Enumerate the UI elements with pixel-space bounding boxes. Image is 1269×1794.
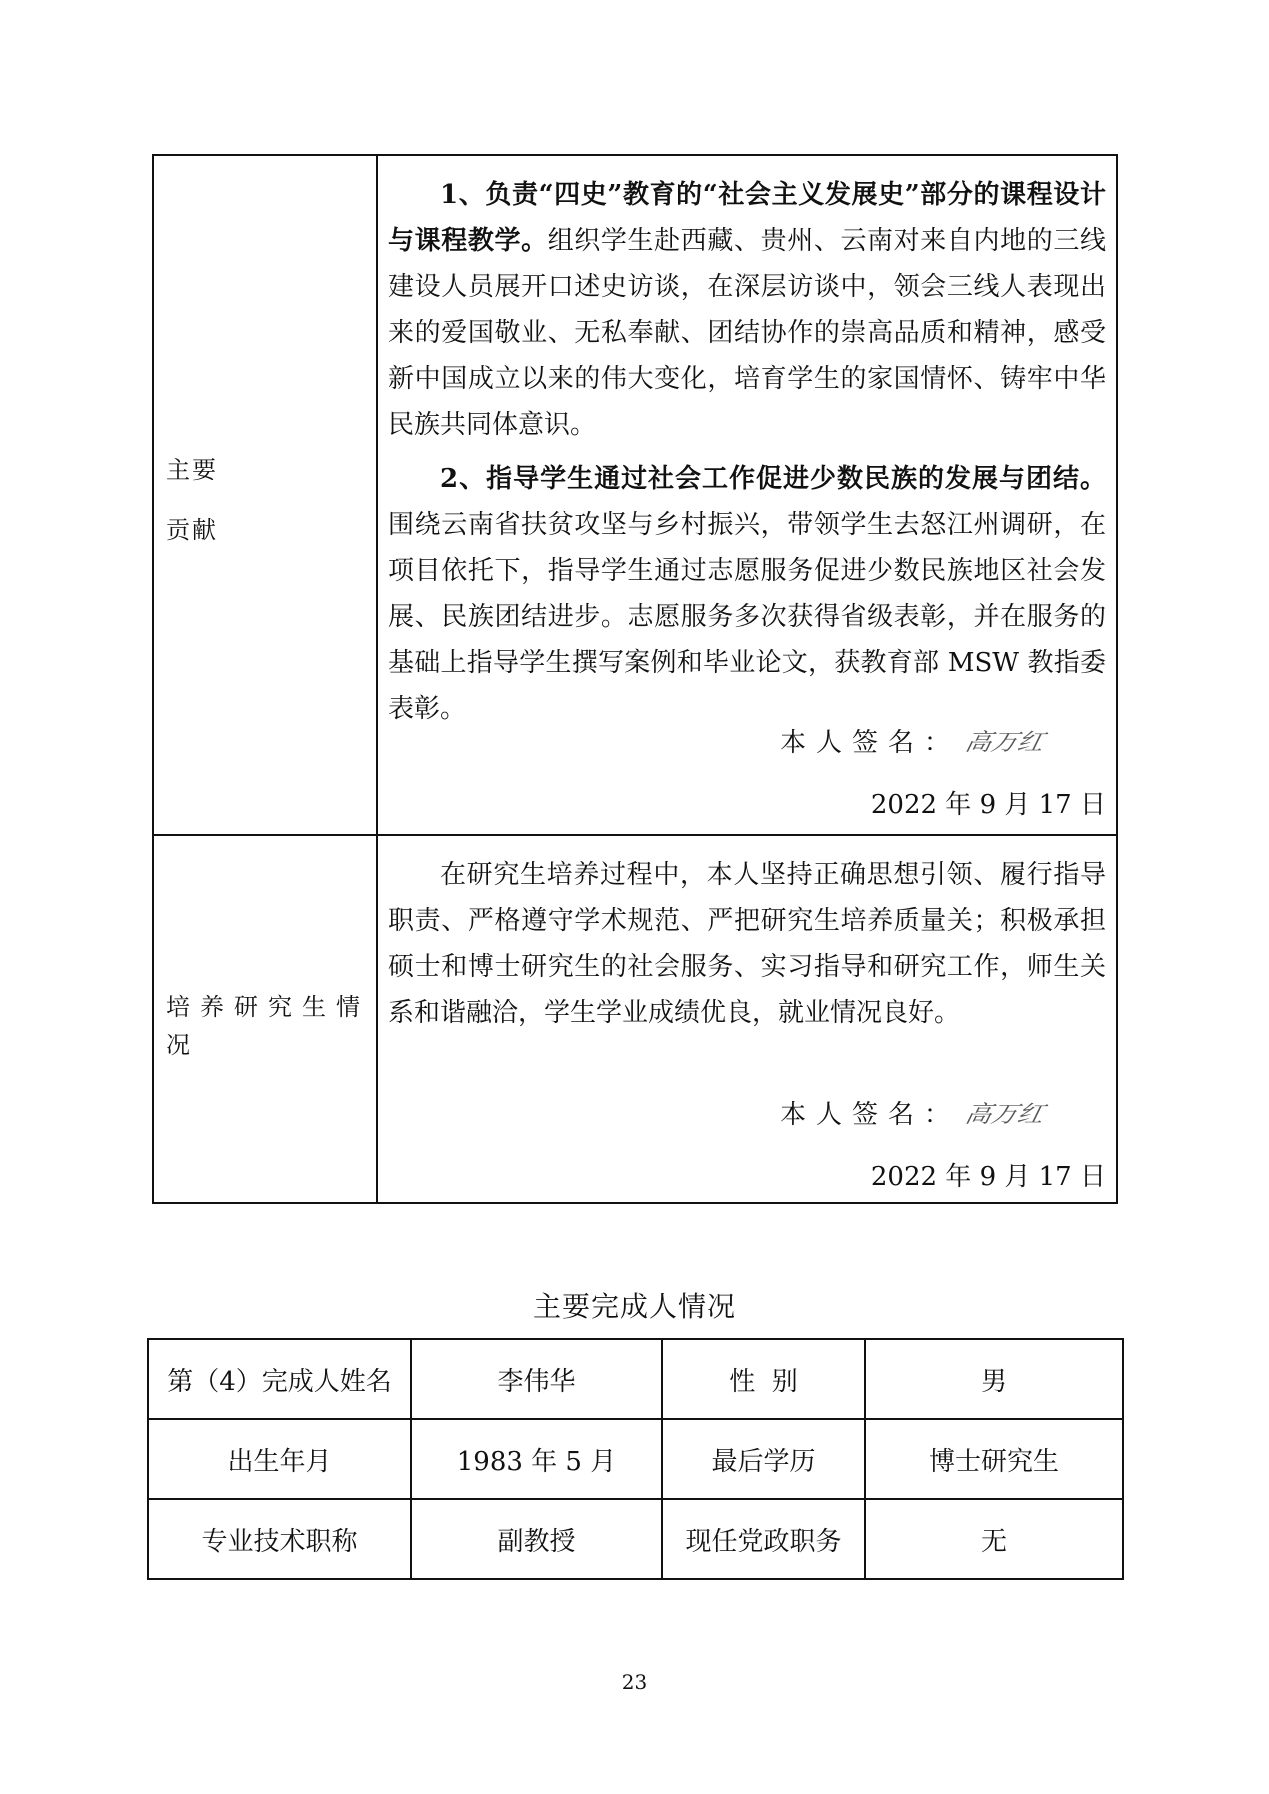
cell-name-value: 李伟华 — [411, 1339, 662, 1419]
contribution-label-line1: 主要 — [166, 440, 366, 500]
contribution-content: 1、负责“四史”教育的“社会主义发展史”部分的课程设计与课程教学。组织学生赴西藏… — [388, 172, 1106, 740]
cell-gender-value: 男 — [865, 1339, 1123, 1419]
training-signature-row: 本人签名：高万红 — [780, 1094, 1044, 1131]
page-number: 23 — [0, 1670, 1269, 1694]
training-text: 在研究生培养过程中，本人坚持正确思想引领、履行指导职责、严格遵守学术规范、严把研… — [388, 852, 1106, 1036]
table-row-divider — [152, 834, 1118, 836]
handwritten-signature: 高万红 — [962, 724, 1047, 757]
contribution-item-1-text: 组织学生赴西藏、贵州、云南对来自内地的三线建设人员展开口述史访谈，在深层访谈中，… — [388, 226, 1106, 440]
signature-label: 本人签名： — [780, 1100, 960, 1130]
table-row: 第（4）完成人姓名 李伟华 性 别 男 — [148, 1339, 1123, 1419]
completer-info-table: 第（4）完成人姓名 李伟华 性 别 男 出生年月 1983 年 5 月 最后学历… — [147, 1338, 1124, 1580]
training-label: 培养研究生情况 — [166, 988, 372, 1064]
cell-title-label: 专业技术职称 — [148, 1499, 411, 1579]
cell-position-label: 现任党政职务 — [662, 1499, 865, 1579]
contribution-item-1: 1、负责“四史”教育的“社会主义发展史”部分的课程设计与课程教学。组织学生赴西藏… — [388, 172, 1106, 448]
table-row: 出生年月 1983 年 5 月 最后学历 博士研究生 — [148, 1419, 1123, 1499]
signature-label: 本人签名： — [780, 728, 960, 758]
contribution-item-2: 2、指导学生通过社会工作促进少数民族的发展与团结。围绕云南省扶贫攻坚与乡村振兴，… — [388, 456, 1106, 732]
contribution-signature-row: 本人签名：高万红 — [780, 722, 1044, 759]
cell-title-value: 副教授 — [411, 1499, 662, 1579]
contribution-item-2-text: 围绕云南省扶贫攻坚与乡村振兴，带领学生去怒江州调研，在项目依托下，指导学生通过志… — [388, 510, 1106, 724]
contribution-item-2-heading: 2、指导学生通过社会工作促进少数民族的发展与团结。 — [440, 464, 1106, 494]
contribution-label-line2: 贡献 — [166, 500, 366, 560]
table-column-divider — [376, 154, 378, 1204]
training-date: 2022 年 9 月 17 日 — [780, 1156, 1106, 1193]
cell-gender-label: 性 别 — [662, 1339, 865, 1419]
cell-education-value: 博士研究生 — [865, 1419, 1123, 1499]
cell-position-value: 无 — [865, 1499, 1123, 1579]
cell-education-label: 最后学历 — [662, 1419, 865, 1499]
section-title: 主要完成人情况 — [0, 1285, 1269, 1325]
training-content: 在研究生培养过程中，本人坚持正确思想引领、履行指导职责、严格遵守学术规范、严把研… — [388, 852, 1106, 1044]
cell-name-label: 第（4）完成人姓名 — [148, 1339, 411, 1419]
cell-birth-label: 出生年月 — [148, 1419, 411, 1499]
table-row: 专业技术职称 副教授 现任党政职务 无 — [148, 1499, 1123, 1579]
contribution-label: 主要 贡献 — [166, 440, 366, 560]
handwritten-signature: 高万红 — [962, 1096, 1047, 1129]
cell-birth-value: 1983 年 5 月 — [411, 1419, 662, 1499]
contribution-date: 2022 年 9 月 17 日 — [780, 784, 1106, 821]
